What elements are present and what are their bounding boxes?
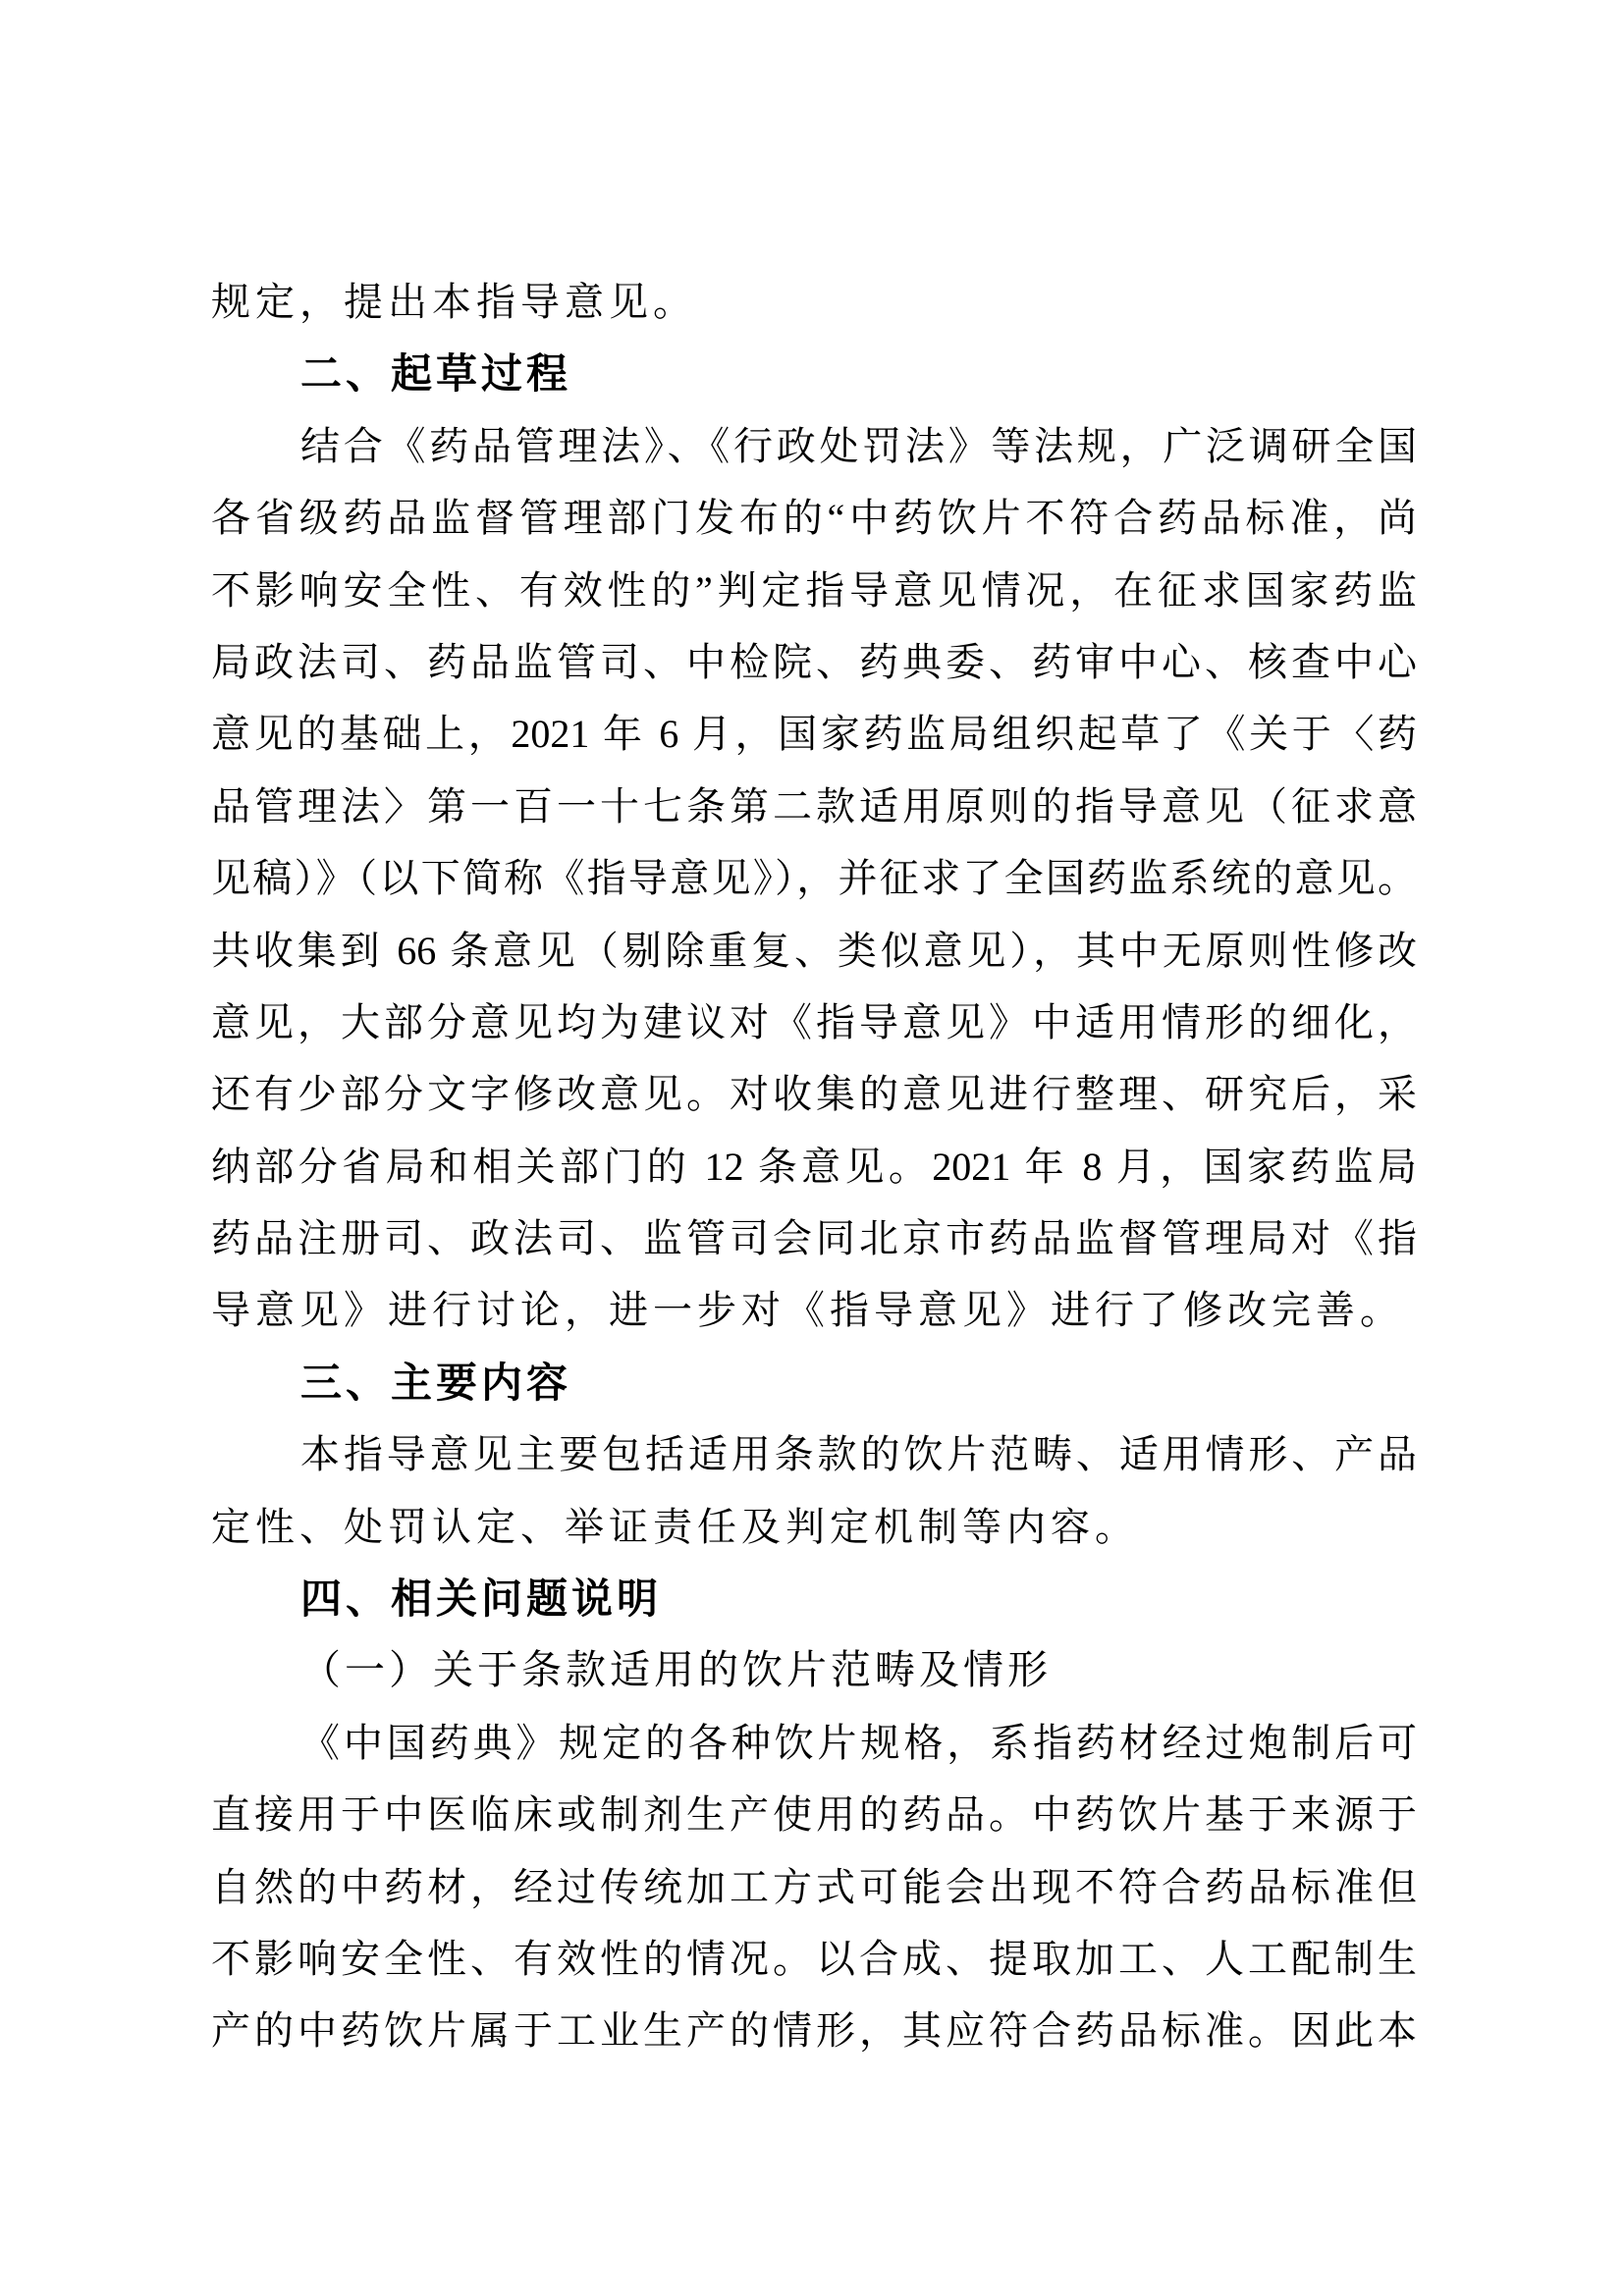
text-line: 不影响安全性、有效性的”判定指导意见情况，在征求国家药监	[211, 555, 1417, 626]
document-page: 规定，提出本指导意见。二、起草过程结合《药品管理法》、《行政处罚法》等法规，广泛…	[0, 0, 1624, 2296]
text-line: 自然的中药材，经过传统加工方式可能会出现不符合药品标准但	[211, 1851, 1417, 1923]
text-line: 意见的基础上，2021 年 6 月，国家药监局组织起草了《关于〈药	[211, 698, 1417, 770]
text-line: 共收集到 66 条意见（剔除重复、类似意见），其中无原则性修改	[211, 915, 1417, 987]
section-heading: 四、相关问题说明	[211, 1563, 1417, 1634]
document-body: 规定，提出本指导意见。二、起草过程结合《药品管理法》、《行政处罚法》等法规，广泛…	[211, 266, 1417, 2067]
text-line: 品管理法〉第一百一十七条第二款适用原则的指导意见（征求意	[211, 771, 1417, 842]
subsection-heading: （一）关于条款适用的饮片范畴及情形	[211, 1634, 1417, 1706]
text-line: 规定，提出本指导意见。	[211, 266, 1417, 338]
text-line: 定性、处罚认定、举证责任及判定机制等内容。	[211, 1491, 1417, 1563]
text-line: 结合《药品管理法》、《行政处罚法》等法规，广泛调研全国	[211, 410, 1417, 482]
section-heading: 二、起草过程	[211, 338, 1417, 409]
text-line: 各省级药品监督管理部门发布的“中药饮片不符合药品标准，尚	[211, 482, 1417, 554]
text-line: 局政法司、药品监管司、中检院、药典委、药审中心、核查中心	[211, 626, 1417, 698]
text-line: 《中国药典》规定的各种饮片规格，系指药材经过炮制后可	[211, 1707, 1417, 1779]
text-line: 意见，大部分意见均为建议对《指导意见》中适用情形的细化，	[211, 987, 1417, 1058]
section-heading: 三、主要内容	[211, 1347, 1417, 1418]
text-line: 直接用于中医临床或制剂生产使用的药品。中药饮片基于来源于	[211, 1779, 1417, 1850]
text-line: 药品注册司、政法司、监管司会同北京市药品监督管理局对《指	[211, 1202, 1417, 1274]
text-line: 不影响安全性、有效性的情况。以合成、提取加工、人工配制生	[211, 1923, 1417, 1995]
text-line: 纳部分省局和相关部门的 12 条意见。2021 年 8 月，国家药监局	[211, 1131, 1417, 1202]
text-line: 产的中药饮片属于工业生产的情形，其应符合药品标准。因此本	[211, 1995, 1417, 2066]
text-line: 本指导意见主要包括适用条款的饮片范畴、适用情形、产品	[211, 1418, 1417, 1490]
text-line: 导意见》进行讨论，进一步对《指导意见》进行了修改完善。	[211, 1274, 1417, 1346]
text-line: 见稿）》（以下简称《指导意见》），并征求了全国药监系统的意见。	[211, 842, 1417, 914]
text-line: 还有少部分文字修改意见。对收集的意见进行整理、研究后，采	[211, 1058, 1417, 1130]
